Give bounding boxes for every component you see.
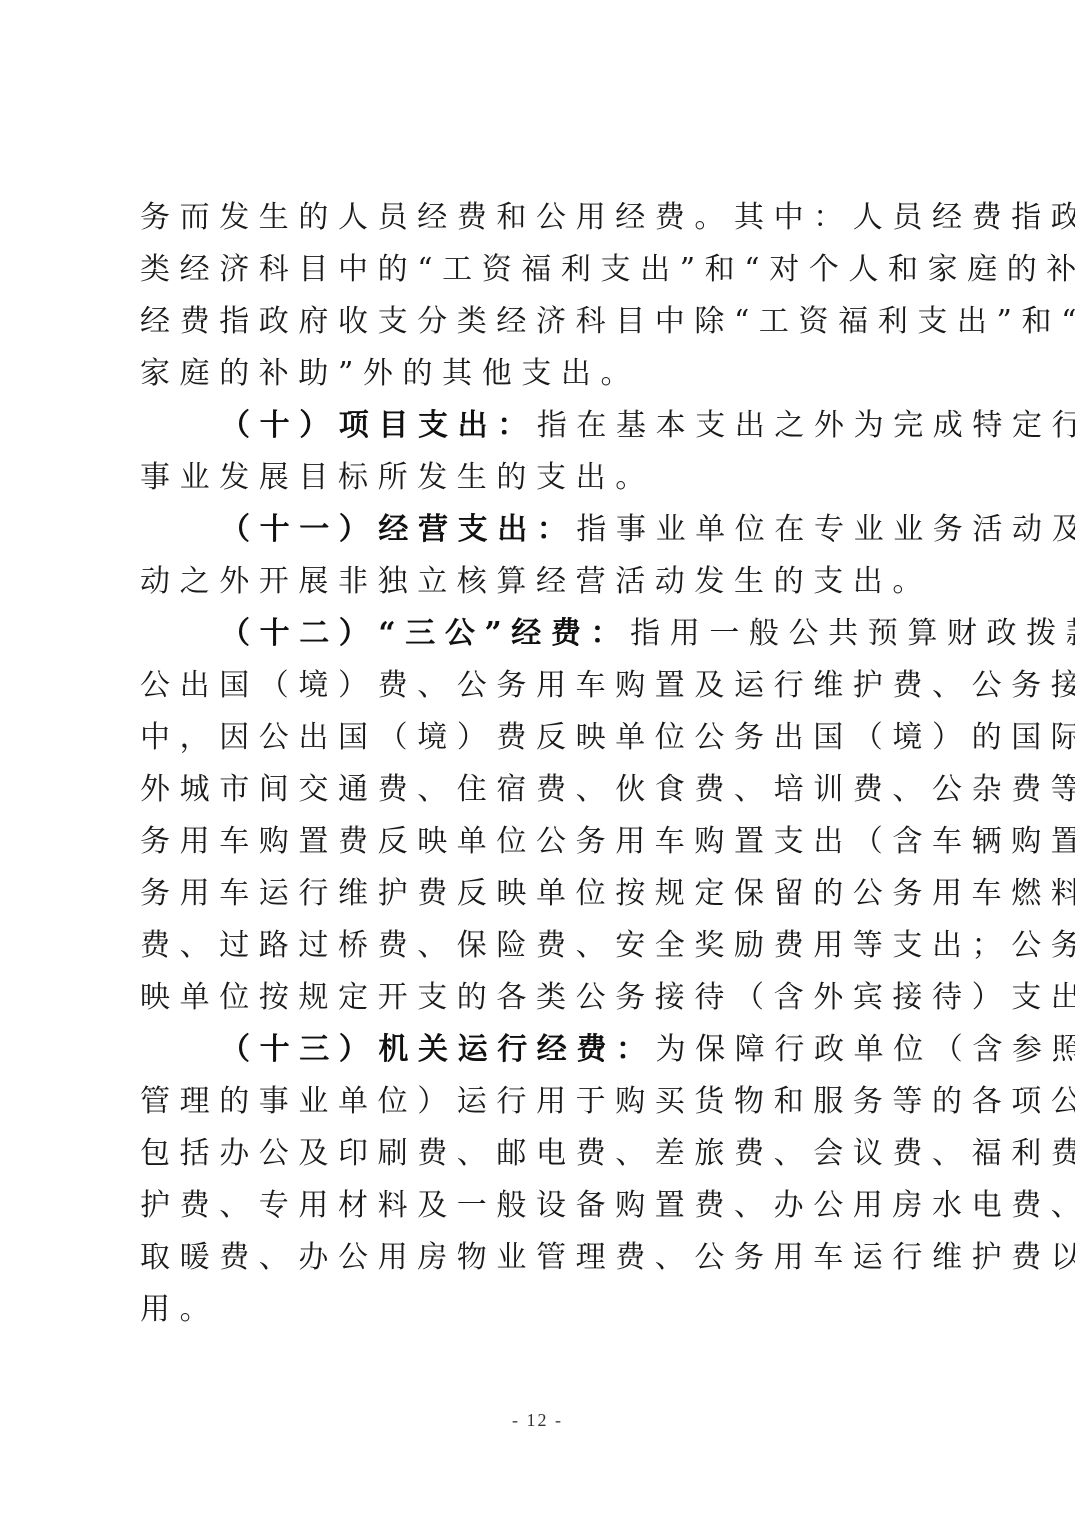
- paragraph-line: 类经济科目中的“工资福利支出”和“对个人和家庭的补助”；公用: [140, 244, 940, 296]
- paragraph-line: 家庭的补助”外的其他支出。: [140, 348, 940, 400]
- line-text: 务用车购置费反映单位公务用车购置支出（含车辆购置税）；公: [140, 824, 1075, 859]
- line-text: 动之外开展非独立核算经营活动发生的支出。: [140, 564, 932, 599]
- paragraph-line: （十一）经营支出：指事业单位在专业业务活动及其辅助活: [140, 504, 940, 556]
- section-heading-agency-operating-expenses: （十三）机关运行经费：: [220, 1032, 656, 1067]
- line-text: 事业发展目标所发生的支出。: [140, 460, 655, 495]
- document-body: 务而发生的人员经费和公用经费。其中：人员经费指政府收支分 类经济科目中的“工资福…: [140, 192, 940, 1336]
- paragraph-line: 务用车运行维护费反映单位按规定保留的公务用车燃料费、维修: [140, 868, 940, 920]
- line-text: 管理的事业单位）运行用于购买货物和服务等的各项公用经费，: [140, 1084, 1075, 1119]
- line-text: 外城市间交通费、住宿费、伙食费、培训费、公杂费等支出；公: [140, 772, 1075, 807]
- paragraph-line: 外城市间交通费、住宿费、伙食费、培训费、公杂费等支出；公: [140, 764, 940, 816]
- paragraph-line: 中，因公出国（境）费反映单位公务出国（境）的国际旅费、国: [140, 712, 940, 764]
- line-text: 务而发生的人员经费和公用经费。其中：人员经费指政府收支分: [140, 200, 1075, 235]
- line-text: 指在基本支出之外为完成特定行政任务和: [537, 408, 1075, 443]
- section-heading-three-public-expenses: （十二）“三公”经费：: [220, 616, 630, 651]
- paragraph-line: （十三）机关运行经费：为保障行政单位（含参照公务员法: [140, 1024, 940, 1076]
- line-text: 映单位按规定开支的各类公务接待（含外宾接待）支出。: [140, 980, 1075, 1015]
- paragraph-line: 务用车购置费反映单位公务用车购置支出（含车辆购置税）；公: [140, 816, 940, 868]
- line-text: 指事业单位在专业业务活动及其辅助活: [576, 512, 1075, 547]
- paragraph-line: 包括办公及印刷费、邮电费、差旅费、会议费、福利费、日常维: [140, 1128, 940, 1180]
- paragraph-line: 公出国（境）费、公务用车购置及运行维护费、公务接待费。其: [140, 660, 940, 712]
- paragraph-line: （十二）“三公”经费：指用一般公共预算财政拨款安排的因: [140, 608, 940, 660]
- paragraph-line: （十）项目支出：指在基本支出之外为完成特定行政任务和: [140, 400, 940, 452]
- line-text: 取暖费、办公用房物业管理费、公务用车运行维护费以及其他费: [140, 1240, 1075, 1275]
- paragraph-line: 费、过路过桥费、保险费、安全奖励费用等支出；公务接待费反: [140, 920, 940, 972]
- paragraph-line: 经费指政府收支分类经济科目中除“工资福利支出”和“对个人和: [140, 296, 940, 348]
- line-text: 包括办公及印刷费、邮电费、差旅费、会议费、福利费、日常维: [140, 1136, 1075, 1171]
- line-text: 护费、专用材料及一般设备购置费、办公用房水电费、办公用房: [140, 1188, 1075, 1223]
- paragraph-line: 务而发生的人员经费和公用经费。其中：人员经费指政府收支分: [140, 192, 940, 244]
- line-text: 为保障行政单位（含参照公务员法: [656, 1032, 1075, 1067]
- paragraph-line: 取暖费、办公用房物业管理费、公务用车运行维护费以及其他费: [140, 1232, 940, 1284]
- line-text: 务用车运行维护费反映单位按规定保留的公务用车燃料费、维修: [140, 876, 1075, 911]
- paragraph-line: 护费、专用材料及一般设备购置费、办公用房水电费、办公用房: [140, 1180, 940, 1232]
- line-text: 类经济科目中的“工资福利支出”和“对个人和家庭的补助”；公用: [140, 252, 1075, 287]
- page-number: - 12 -: [0, 1410, 1075, 1431]
- document-page: 务而发生的人员经费和公用经费。其中：人员经费指政府收支分 类经济科目中的“工资福…: [0, 0, 1075, 1520]
- paragraph-line: 事业发展目标所发生的支出。: [140, 452, 940, 504]
- section-heading-operating-expenditure: （十一）经营支出：: [220, 512, 576, 547]
- paragraph-line: 动之外开展非独立核算经营活动发生的支出。: [140, 556, 940, 608]
- paragraph-line: 管理的事业单位）运行用于购买货物和服务等的各项公用经费，: [140, 1076, 940, 1128]
- line-text: 公出国（境）费、公务用车购置及运行维护费、公务接待费。其: [140, 668, 1075, 703]
- line-text: 费、过路过桥费、保险费、安全奖励费用等支出；公务接待费反: [140, 928, 1075, 963]
- section-heading-project-expenditure: （十）项目支出：: [220, 408, 537, 443]
- line-text: 指用一般公共预算财政拨款安排的因: [630, 616, 1075, 651]
- line-text: 用。: [140, 1292, 219, 1327]
- paragraph-line: 用。: [140, 1284, 940, 1336]
- line-text: 中，因公出国（境）费反映单位公务出国（境）的国际旅费、国: [140, 720, 1075, 755]
- line-text: 家庭的补助”外的其他支出。: [140, 356, 640, 391]
- paragraph-line: 映单位按规定开支的各类公务接待（含外宾接待）支出。: [140, 972, 940, 1024]
- line-text: 经费指政府收支分类经济科目中除“工资福利支出”和“对个人和: [140, 304, 1075, 339]
